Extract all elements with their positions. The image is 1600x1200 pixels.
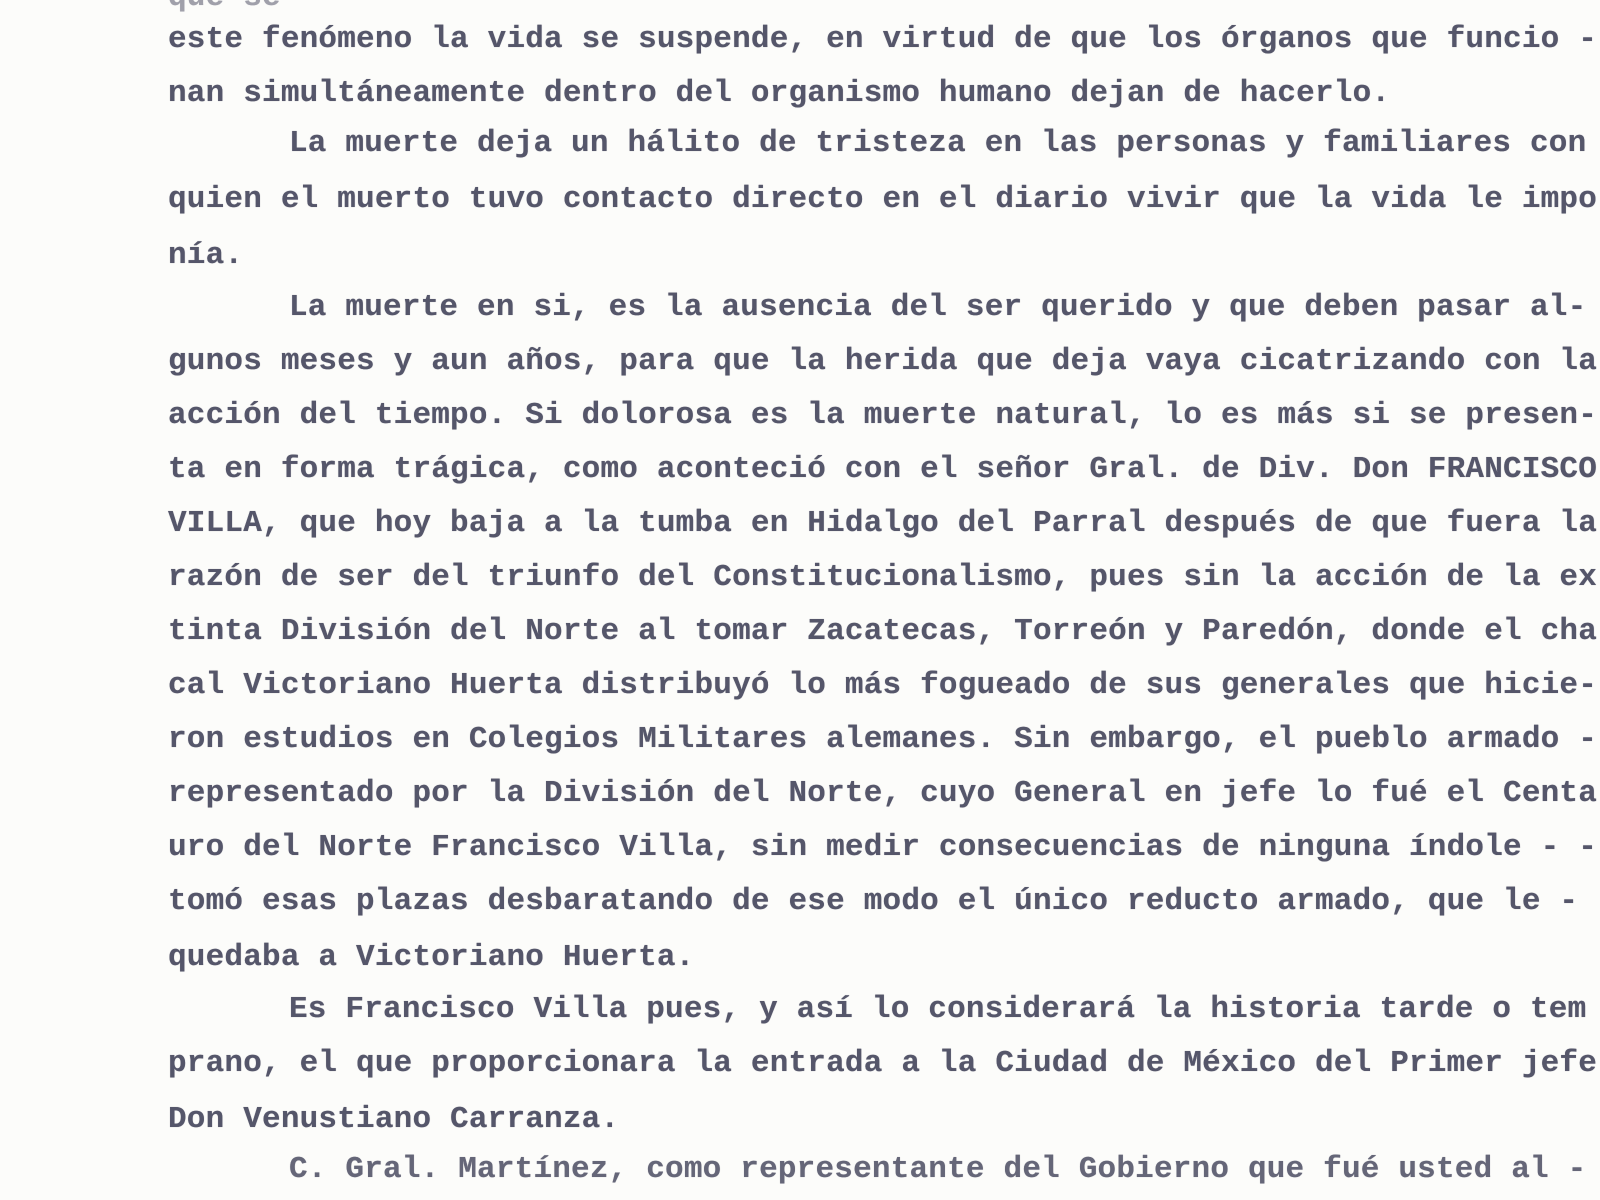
text-line: gunos meses y aun años, para que la heri… — [168, 342, 1490, 382]
text-line: este fenómeno la vida se suspende, en vi… — [168, 20, 1490, 60]
text-line: representado por la División del Norte, … — [168, 774, 1490, 814]
text-line: prano, el que proporcionara la entrada a… — [168, 1044, 1490, 1084]
text-line: Don Venustiano Carranza. — [168, 1100, 619, 1140]
paragraph-start-line: La muerte en si, es la ausencia del ser … — [289, 288, 1490, 328]
paragraph-start-line-partial-bottom: C. Gral. Martínez, como representante de… — [289, 1150, 1490, 1190]
text-line: VILLA, que hoy baja a la tumba en Hidalg… — [168, 504, 1490, 544]
document-page: que se este fenómeno la vida se suspende… — [0, 0, 1600, 1200]
text-line: tinta División del Norte al tomar Zacate… — [168, 612, 1490, 652]
text-line: nía. — [168, 236, 243, 276]
text-line: tomó esas plazas desbaratando de ese mod… — [168, 882, 1490, 922]
text-line: ron estudios en Colegios Militares alema… — [168, 720, 1490, 760]
text-line: cal Victoriano Huerta distribuyó lo más … — [168, 666, 1490, 706]
text-line: acción del tiempo. Si dolorosa es la mue… — [168, 396, 1490, 436]
text-line: ta en forma trágica, como aconteció con … — [168, 450, 1490, 490]
paragraph-start-line: La muerte deja un hálito de tristeza en … — [289, 124, 1490, 164]
text-line-partial-top: que se — [168, 0, 281, 18]
text-line: quedaba a Victoriano Huerta. — [168, 938, 695, 978]
text-line: nan simultáneamente dentro del organismo… — [168, 74, 1390, 114]
text-line: razón de ser del triunfo del Constitucio… — [168, 558, 1490, 598]
text-line: uro del Norte Francisco Villa, sin medir… — [168, 828, 1490, 868]
text-line: quien el muerto tuvo contacto directo en… — [168, 180, 1490, 220]
paragraph-start-line: Es Francisco Villa pues, y así lo consid… — [289, 990, 1490, 1030]
